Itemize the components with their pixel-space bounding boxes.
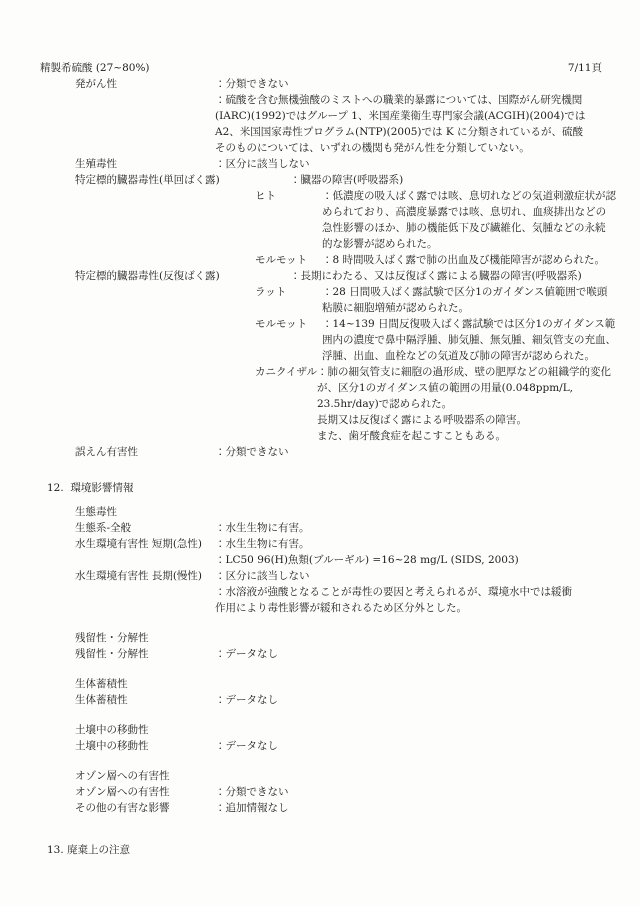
stot-repeat-row: 特定標的臓器毒性(反復ばく露) ：長期にわたる、又は反復ばく露による臓器の障害(… xyxy=(75,268,610,284)
persistence-label: 残留性・分解性 xyxy=(75,646,215,662)
carcinogenicity-detail-row: ：硫酸を含む無機強酸のミストへの職業的暴露については、国際がん研究機関 (IAR… xyxy=(75,92,610,156)
soil-mobility-value: ：データなし xyxy=(215,738,610,754)
other-effects-value: ：追加情報なし xyxy=(215,800,610,816)
bioaccumulation-label: 生体蓄積性 xyxy=(75,692,215,708)
stot-single-human-value: ：低濃度の吸入ばく露では咳、息切れなどの気道刺激症状が認 められており、高濃度暴… xyxy=(322,188,610,252)
stot-repeat-monkey-row: カニクイザル ：肺の細気管支に細胞の過形成、壁の肥厚などの組織学的変化 が、区分… xyxy=(255,364,610,444)
carcinogenicity-label: 発がん性 xyxy=(75,76,215,92)
document-body: 発がん性 ：分類できない ：硫酸を含む無機強酸のミストへの職業的暴露については、… xyxy=(0,76,640,858)
soil-mobility-label: 土壌中の移動性 xyxy=(75,738,215,754)
stot-repeat-rat-row: ラット ：28 日間吸入ばく露試験で区分1のガイダンス値範囲で喉頭 粘膜に細胞増… xyxy=(255,284,610,316)
aquatic-chronic-row: 水生環境有害性 長期(慢性) ：区分に該当しない ：水溶液が強酸となることが毒性… xyxy=(75,568,610,616)
stot-single-value: ：臓器の障害(呼吸器系) xyxy=(290,172,610,188)
aquatic-acute-row: 水生環境有害性 短期(急性) ：水生生物に有害。 ：LC50 96(H)魚類(ブ… xyxy=(75,536,610,568)
stot-repeat-guineapig-value: ：14~139 日間反復吸入ばく露試験では区分1のガイダンス範 囲内の濃度で鼻中… xyxy=(322,316,610,364)
aspiration-hazard-label: 誤えん有害性 xyxy=(75,444,215,460)
stot-repeat-rat-label: ラット xyxy=(255,284,322,316)
aspiration-hazard-value: ：分類できない xyxy=(215,444,610,460)
ozone-header: オゾン層への有害性 xyxy=(75,768,610,784)
bioaccumulation-row: 生体蓄積性 ：データなし xyxy=(75,692,610,708)
stot-single-label: 特定標的臓器毒性(単回ばく露) xyxy=(75,172,290,188)
reproductive-toxicity-row: 生殖毒性 ：区分に該当しない xyxy=(75,156,610,172)
stot-single-guineapig-value: ：8 時間吸入ばく露で肺の出血及び機能障害が認められた。 xyxy=(322,252,610,268)
reproductive-toxicity-label: 生殖毒性 xyxy=(75,156,215,172)
other-effects-row: その他の有害な影響 ：追加情報なし xyxy=(75,800,610,816)
stot-repeat-label: 特定標的臓器毒性(反復ばく露) xyxy=(75,268,290,284)
section-12-title: 12. 環境影響情報 xyxy=(47,480,610,496)
bioaccumulation-value: ：データなし xyxy=(215,692,610,708)
persistence-value: ：データなし xyxy=(215,646,610,662)
persistence-header: 残留性・分解性 xyxy=(75,630,610,646)
product-name: 精製希硫酸 (27~80%) xyxy=(40,60,150,76)
reproductive-toxicity-value: ：区分に該当しない xyxy=(215,156,610,172)
aquatic-acute-label: 水生環境有害性 短期(急性) xyxy=(75,536,215,568)
bioaccumulation-header: 生体蓄積性 xyxy=(75,676,610,692)
aspiration-hazard-row: 誤えん有害性 ：分類できない xyxy=(75,444,610,460)
stot-single-human-row: ヒト ：低濃度の吸入ばく露では咳、息切れなどの気道刺激症状が認 められており、高… xyxy=(255,188,610,252)
other-effects-label: その他の有害な影響 xyxy=(75,800,215,816)
ozone-row: オゾン層への有害性 ：分類できない xyxy=(75,784,610,800)
stot-single-guineapig-label: モルモット xyxy=(255,252,322,268)
aquatic-chronic-label: 水生環境有害性 長期(慢性) xyxy=(75,568,215,616)
ecotoxicity-header: 生態毒性 xyxy=(75,504,610,520)
carcinogenicity-row: 発がん性 ：分類できない xyxy=(75,76,610,92)
stot-single-guineapig-row: モルモット ：8 時間吸入ばく露で肺の出血及び機能障害が認められた。 xyxy=(255,252,610,268)
ecosystem-label: 生態系-全般 xyxy=(75,520,215,536)
page-header: 精製希硫酸 (27~80%) 7/11頁 xyxy=(0,0,640,76)
soil-mobility-row: 土壌中の移動性 ：データなし xyxy=(75,738,610,754)
stot-repeat-monkey-value: ：肺の細気管支に細胞の過形成、壁の肥厚などの組織学的変化 が、区分1のガイダンス… xyxy=(317,364,610,444)
carcinogenicity-value: ：分類できない xyxy=(215,76,610,92)
stot-repeat-monkey-label: カニクイザル xyxy=(255,364,317,444)
ozone-value: ：分類できない xyxy=(215,784,610,800)
section-13-title: 13. 廃棄上の注意 xyxy=(47,842,610,858)
carcinogenicity-detail-spacer xyxy=(75,92,215,156)
persistence-row: 残留性・分解性 ：データなし xyxy=(75,646,610,662)
stot-repeat-guineapig-row: モルモット ：14~139 日間反復吸入ばく露試験では区分1のガイダンス範 囲内… xyxy=(255,316,610,364)
stot-repeat-guineapig-label: モルモット xyxy=(255,316,322,364)
stot-single-human-label: ヒト xyxy=(255,188,322,252)
ecosystem-value: ：水生生物に有害。 xyxy=(215,520,610,536)
ecosystem-row: 生態系-全般 ：水生生物に有害。 xyxy=(75,520,610,536)
sds-document-page: 精製希硫酸 (27~80%) 7/11頁 発がん性 ：分類できない ：硫酸を含む… xyxy=(0,0,640,906)
carcinogenicity-detail-value: ：硫酸を含む無機強酸のミストへの職業的暴露については、国際がん研究機関 (IAR… xyxy=(215,92,610,156)
soil-mobility-header: 土壌中の移動性 xyxy=(75,722,610,738)
stot-repeat-rat-value: ：28 日間吸入ばく露試験で区分1のガイダンス値範囲で喉頭 粘膜に細胞増殖が認め… xyxy=(322,284,610,316)
stot-repeat-value: ：長期にわたる、又は反復ばく露による臓器の障害(呼吸器系) xyxy=(290,268,610,284)
ozone-label: オゾン層への有害性 xyxy=(75,784,215,800)
stot-single-row: 特定標的臓器毒性(単回ばく露) ：臓器の障害(呼吸器系) xyxy=(75,172,610,188)
aquatic-chronic-value: ：区分に該当しない ：水溶液が強酸となることが毒性の要因と考えられるが、環境水中… xyxy=(215,568,610,616)
page-number: 7/11頁 xyxy=(568,60,602,76)
aquatic-acute-value: ：水生生物に有害。 ：LC50 96(H)魚類(ブルーギル) =16~28 mg… xyxy=(215,536,610,568)
